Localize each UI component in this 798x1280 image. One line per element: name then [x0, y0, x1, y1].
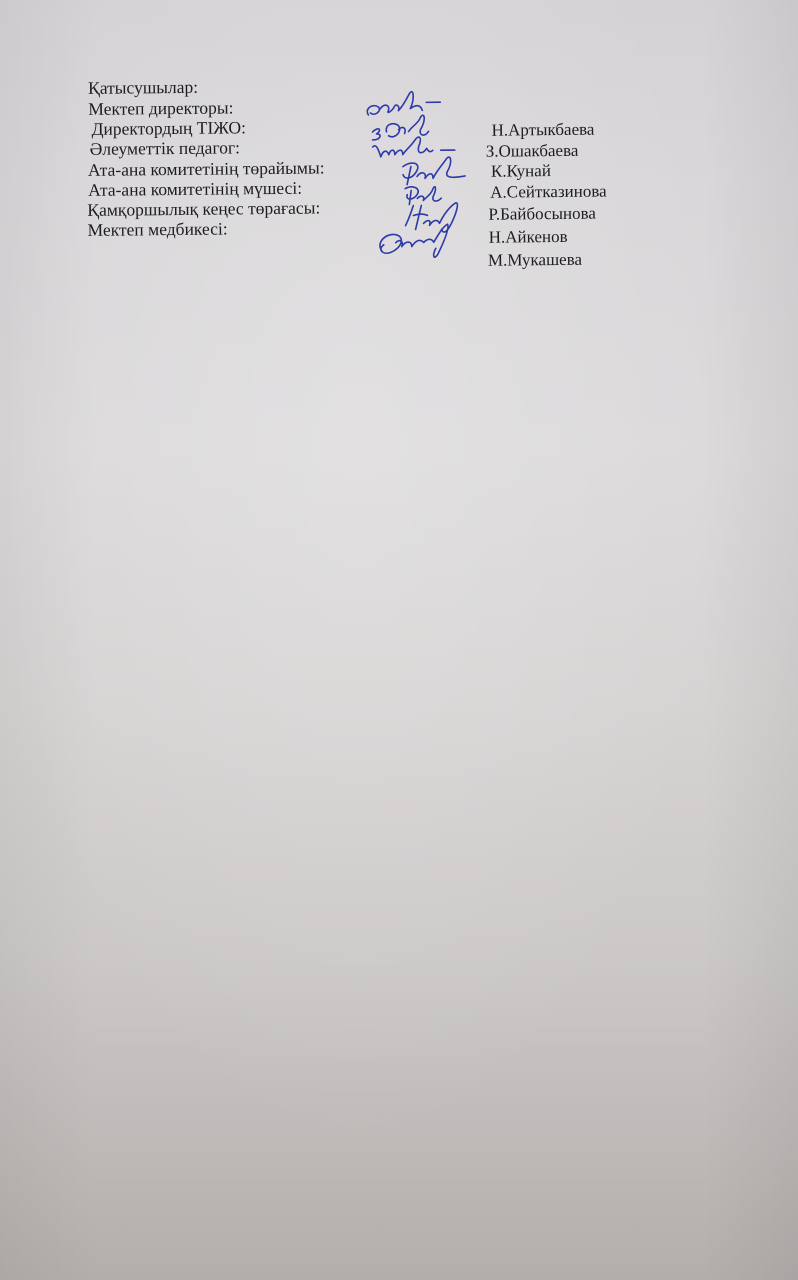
name-kunai: К.Кунай	[491, 161, 551, 182]
document-page: Қатысушылар: Мектеп директоры: Директорд…	[0, 0, 798, 1280]
name-mukasheva: М.Мукашева	[488, 250, 582, 271]
role-parent-committee-chair: Ата-ана комитетінің төрайымы:	[88, 157, 325, 179]
role-deputy-director: Директордың ТІЖО:	[91, 117, 246, 139]
role-school-director: Мектеп директоры:	[88, 97, 233, 119]
role-social-pedagogue: Әлеуметтік педагог:	[90, 137, 240, 159]
signature-7	[372, 222, 482, 263]
name-artykbaeva: Н.Артыкбаева	[491, 120, 594, 141]
name-aikenov: Н.Айкенов	[489, 227, 568, 248]
name-oshakbaeva: З.Ошакбаева	[486, 141, 579, 162]
name-baibosynova: Р.Байбосынова	[488, 204, 596, 225]
role-school-nurse: Мектеп медбикесі:	[87, 218, 227, 239]
participants-heading: Қатысушылар:	[88, 77, 198, 98]
role-board-of-trustees-chair: Қамқоршылық кеңес төрағасы:	[87, 197, 320, 219]
role-parent-committee-member: Ата-ана комитетінің мүшесі:	[88, 178, 302, 200]
name-seitkazinova: А.Сейтказинова	[490, 181, 607, 202]
